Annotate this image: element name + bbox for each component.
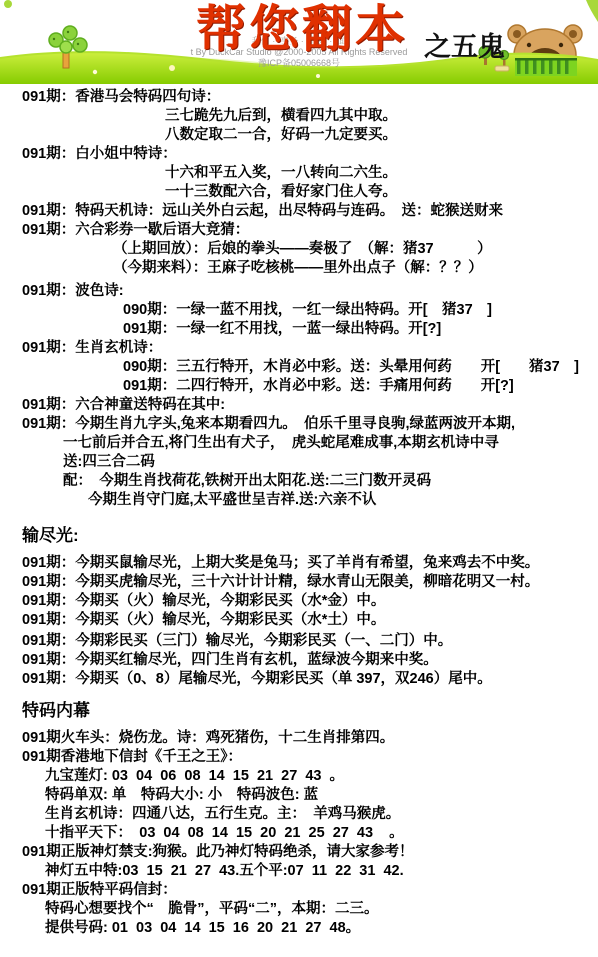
text-line: 091期：一绿一红不用找，一蓝一绿出特码。开[?] <box>0 320 598 339</box>
corner-leaf-icon <box>4 0 12 8</box>
header-banner: 我们 · 事务 · 联系 · 面 t By DuckCar Studio @20… <box>0 0 598 84</box>
text-line: 091期香港地下信封《千王之王》： <box>0 748 598 767</box>
text-line: 091期：香港马会特码四句诗： <box>0 88 598 107</box>
text-line: 九宝莲灯: 03 04 06 08 14 15 21 27 43 。 <box>0 767 598 786</box>
text-line: 特码单双: 单 特码大小: 小 特码波色: 蓝 <box>0 786 598 805</box>
text-line: 091期：白小姐中特诗： <box>0 145 598 164</box>
text-line: 生肖玄机诗：四通八达，五行生克。主： 羊鸡马猴虎。 <box>0 805 598 824</box>
text-line: 091期：今期彩民买（三门）输尽光，今期彩民买（一、二门）中。 <box>0 632 598 651</box>
text-line: 091期：六合神童送特码在其中: <box>0 396 598 415</box>
text-line: 一七前后并合五,将门生出有犬子， 虎头蛇尾难成事,本期玄机诗中寻 <box>0 434 598 453</box>
section-heading: 输尽光: <box>0 524 598 548</box>
text-line: 091期：六合彩券一歇后语大竞猜： <box>0 221 598 240</box>
text-line: 091期：今期生肖九字头,兔来本期看四九。 伯乐千里寻良驹,绿蓝两波开本期, <box>0 415 598 434</box>
page: 我们 · 事务 · 联系 · 面 t By DuckCar Studio @20… <box>0 0 598 957</box>
text-line: 三七跪先九后到，横看四九其中取。 <box>0 107 598 126</box>
text-line: 091期：今期买（火）输尽光，今期彩民买（水*金）中。 <box>0 592 598 611</box>
text-line: 091期：今期买鼠输尽光，上期大奖是兔马；买了羊肖有希望，兔来鸡去不中奖。 <box>0 554 598 573</box>
text-line: 十六和平五入奖，一八转向二六生。 <box>0 164 598 183</box>
text-line: 091期：今期买虎输尽光，三十六计计计精，绿水青山无限美，柳暗花明又一村。 <box>0 573 598 592</box>
text-line: 091期：二四行特开，水肖必中彩。送：手痛用何药 开[?] <box>0 377 598 396</box>
text-line: 091期火车头：烧伤龙。诗：鸡死猪伤，十二生肖排第四。 <box>0 729 598 748</box>
text-line: 今期生肖守门庭,太平盛世呈吉祥.送:六亲不认 <box>0 491 598 510</box>
page-title-suffix: 之五鬼 <box>424 32 505 62</box>
text-line: 091期正版神灯禁支:狗猴。此乃神灯特码绝杀，请大家参考！ <box>0 843 598 862</box>
text-line: 八数定取二一合，好码一九定要买。 <box>0 126 598 145</box>
text-line: 送:四三合二码 <box>0 453 598 472</box>
section-heading: 特码内幕 <box>0 699 598 723</box>
text-line: 配： 今期生肖找荷花,铁树开出太阳花.送:二三门数开灵码 <box>0 472 598 491</box>
flower-icon <box>316 74 320 78</box>
text-line: 提供号码: 01 03 04 14 15 16 20 21 27 48。 <box>0 919 598 938</box>
text-line: 090期：三五行特开，木肖必中彩。送：头晕用何药 开[ 猪37 ] <box>0 358 598 377</box>
text-line: （今期来料）：王麻子吃核桃——里外出点子（解：？？） <box>0 259 598 278</box>
text-line: 神灯五中特:03 15 21 27 43.五个平:07 11 22 31 42. <box>0 862 598 881</box>
text-line: 091期：波色诗: <box>0 282 598 301</box>
page-title: 帮您翻本 <box>196 0 408 58</box>
content-lines: 091期：香港马会特码四句诗：三七跪先九后到，横看四九其中取。八数定取二一合，好… <box>0 84 598 938</box>
text-line: 091期：生肖玄机诗： <box>0 339 598 358</box>
watermark-icp: 豫ICP备05006668号 <box>0 58 598 68</box>
text-line: 091期：特码天机诗：远山关外白云起，出尽特码与连码。 送：蛇猴送财来 <box>0 202 598 221</box>
text-line: 091期：今期买红输尽光，四门生肖有玄机，蓝绿波今期来中奖。 <box>0 651 598 670</box>
text-line: 091期：今期买（0、8）尾输尽光，今期彩民买（单 397，双246）尾中。 <box>0 670 598 689</box>
text-line: 十指平天下： 03 04 08 14 15 20 21 25 27 43 。 <box>0 824 598 843</box>
text-line: 特码心想要找个“ 脆骨”，平码“二”，本期：二三。 <box>0 900 598 919</box>
text-line: 一十三数配六合，看好家门住人夸。 <box>0 183 598 202</box>
text-line: 091期正版特平码信封： <box>0 881 598 900</box>
text-line: 090期：一绿一蓝不用找，一红一绿出特码。开[ 猪37 ] <box>0 301 598 320</box>
text-line: （上期回放）：后娘的拳头——奏极了 （解：猪37 ） <box>0 240 598 259</box>
flower-icon <box>93 70 97 74</box>
text-line: 091期：今期买（火）输尽光，今期彩民买（水*土）中。 <box>0 611 598 630</box>
